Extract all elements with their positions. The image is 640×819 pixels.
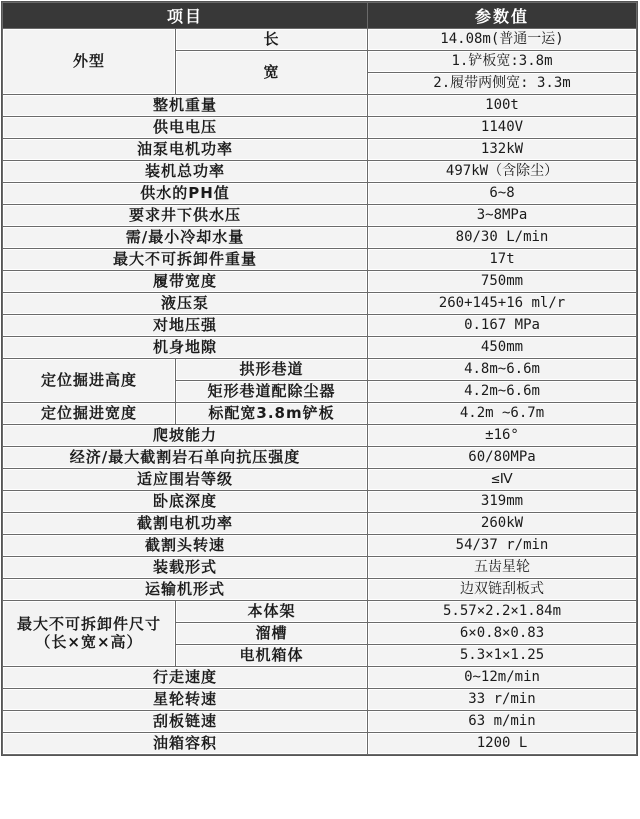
row-label-cell: 截割电机功率 [3,513,367,534]
row-value-cell: 260+145+16 ml/r [368,293,636,314]
row-value-cell: 1.铲板宽:3.8m [368,51,636,72]
table-row: 供电电压1140V [3,117,636,138]
table-row: 液压泵260+145+16 ml/r [3,293,636,314]
table-row: 要求井下供水压3~8MPa [3,205,636,226]
row-value-cell: 0.167 MPa [368,315,636,336]
row-label-cell: 定位掘进宽度 [3,403,175,424]
table-row: 履带宽度750mm [3,271,636,292]
table-row: 定位掘进宽度标配宽3.8m铲板4.2m ~6.7m [3,403,636,424]
table-row: 供水的PH值6~8 [3,183,636,204]
row-value-cell: 6~8 [368,183,636,204]
row-label-cell: 最大不可拆卸件尺寸 （长×宽×高） [3,601,175,666]
row-value-cell: 14.08m(普通一运) [368,29,636,50]
row-label-cell: 定位掘进高度 [3,359,175,402]
table-row: 整机重量100t [3,95,636,116]
row-value-cell: 100t [368,95,636,116]
row-label-cell: 运输机形式 [3,579,367,600]
row-label-cell: 整机重量 [3,95,367,116]
table-row: 爬坡能力±16° [3,425,636,446]
page: 项目 参数值 外型长14.08m(普通一运)宽1.铲板宽:3.8m2.履带两侧宽… [0,0,640,819]
row-value-cell: 1140V [368,117,636,138]
row-label-cell: 机身地隙 [3,337,367,358]
row-value-cell: 4.8m~6.6m [368,359,636,380]
row-label-cell: 截割头转速 [3,535,367,556]
row-label-cell: 装机总功率 [3,161,367,182]
row-value-cell: 五齿星轮 [368,557,636,578]
table-row: 最大不可拆卸件重量17t [3,249,636,270]
row-value-cell: ±16° [368,425,636,446]
row-label-cell: 星轮转速 [3,689,367,710]
row-value-cell: 497kW（含除尘） [368,161,636,182]
row-label-cell: 液压泵 [3,293,367,314]
row-value-cell: 450mm [368,337,636,358]
header-value-cell: 参数值 [368,3,636,28]
row-label-cell: 适应围岩等级 [3,469,367,490]
row-value-cell: 260kW [368,513,636,534]
row-value-cell: 80/30 L/min [368,227,636,248]
row-label-cell: 外型 [3,29,175,94]
row-sub-cell: 本体架 [176,601,367,622]
row-label-cell: 卧底深度 [3,491,367,512]
row-label-cell: 供电电压 [3,117,367,138]
spec-table-body: 外型长14.08m(普通一运)宽1.铲板宽:3.8m2.履带两侧宽: 3.3m整… [3,29,636,754]
row-label-cell: 油泵电机功率 [3,139,367,160]
table-row: 装载形式五齿星轮 [3,557,636,578]
table-row: 装机总功率497kW（含除尘） [3,161,636,182]
row-value-cell: 边双链刮板式 [368,579,636,600]
row-value-cell: 2.履带两侧宽: 3.3m [368,73,636,94]
row-value-cell: ≤Ⅳ [368,469,636,490]
row-value-cell: 17t [368,249,636,270]
row-value-cell: 5.57×2.2×1.84m [368,601,636,622]
row-label-cell: 经济/最大截割岩石单向抗压强度 [3,447,367,468]
table-row: 刮板链速63 m/min [3,711,636,732]
table-row: 油箱容积1200 L [3,733,636,754]
row-value-cell: 4.2m ~6.7m [368,403,636,424]
row-value-cell: 6×0.8×0.83 [368,623,636,644]
row-value-cell: 33 r/min [368,689,636,710]
table-row: 经济/最大截割岩石单向抗压强度60/80MPa [3,447,636,468]
row-value-cell: 1200 L [368,733,636,754]
row-value-cell: 3~8MPa [368,205,636,226]
table-row: 运输机形式边双链刮板式 [3,579,636,600]
table-row: 最大不可拆卸件尺寸 （长×宽×高）本体架5.57×2.2×1.84m [3,601,636,622]
row-label-cell: 刮板链速 [3,711,367,732]
header-item-cell: 项目 [3,3,367,28]
table-row: 星轮转速33 r/min [3,689,636,710]
row-value-cell: 0~12m/min [368,667,636,688]
table-row: 油泵电机功率132kW [3,139,636,160]
table-row: 定位掘进高度拱形巷道4.8m~6.6m [3,359,636,380]
row-label-cell: 装载形式 [3,557,367,578]
row-sub-cell: 长 [176,29,367,50]
row-sub-cell: 宽 [176,51,367,94]
table-row: 适应围岩等级≤Ⅳ [3,469,636,490]
table-row: 截割电机功率260kW [3,513,636,534]
table-row: 截割头转速54/37 r/min [3,535,636,556]
table-row: 卧底深度319mm [3,491,636,512]
row-value-cell: 4.2m~6.6m [368,381,636,402]
row-label-cell: 需/最小冷却水量 [3,227,367,248]
table-row: 行走速度0~12m/min [3,667,636,688]
row-label-cell: 要求井下供水压 [3,205,367,226]
row-sub-cell: 溜槽 [176,623,367,644]
spec-table-header: 项目 参数值 [3,3,636,28]
spec-table: 项目 参数值 外型长14.08m(普通一运)宽1.铲板宽:3.8m2.履带两侧宽… [1,1,638,756]
table-row: 机身地隙450mm [3,337,636,358]
row-label-cell: 爬坡能力 [3,425,367,446]
row-label-cell: 供水的PH值 [3,183,367,204]
row-value-cell: 750mm [368,271,636,292]
row-label-cell: 最大不可拆卸件重量 [3,249,367,270]
row-value-cell: 132kW [368,139,636,160]
row-label-cell: 行走速度 [3,667,367,688]
table-row: 外型长14.08m(普通一运) [3,29,636,50]
row-value-cell: 5.3×1×1.25 [368,645,636,666]
row-label-cell: 履带宽度 [3,271,367,292]
row-label-cell: 对地压强 [3,315,367,336]
row-sub-cell: 拱形巷道 [176,359,367,380]
row-value-cell: 54/37 r/min [368,535,636,556]
row-sub-cell: 矩形巷道配除尘器 [176,381,367,402]
row-value-cell: 63 m/min [368,711,636,732]
row-sub-cell: 电机箱体 [176,645,367,666]
row-value-cell: 60/80MPa [368,447,636,468]
header-row: 项目 参数值 [3,3,636,28]
table-row: 对地压强0.167 MPa [3,315,636,336]
table-row: 需/最小冷却水量80/30 L/min [3,227,636,248]
row-sub-cell: 标配宽3.8m铲板 [176,403,367,424]
row-value-cell: 319mm [368,491,636,512]
row-label-cell: 油箱容积 [3,733,367,754]
